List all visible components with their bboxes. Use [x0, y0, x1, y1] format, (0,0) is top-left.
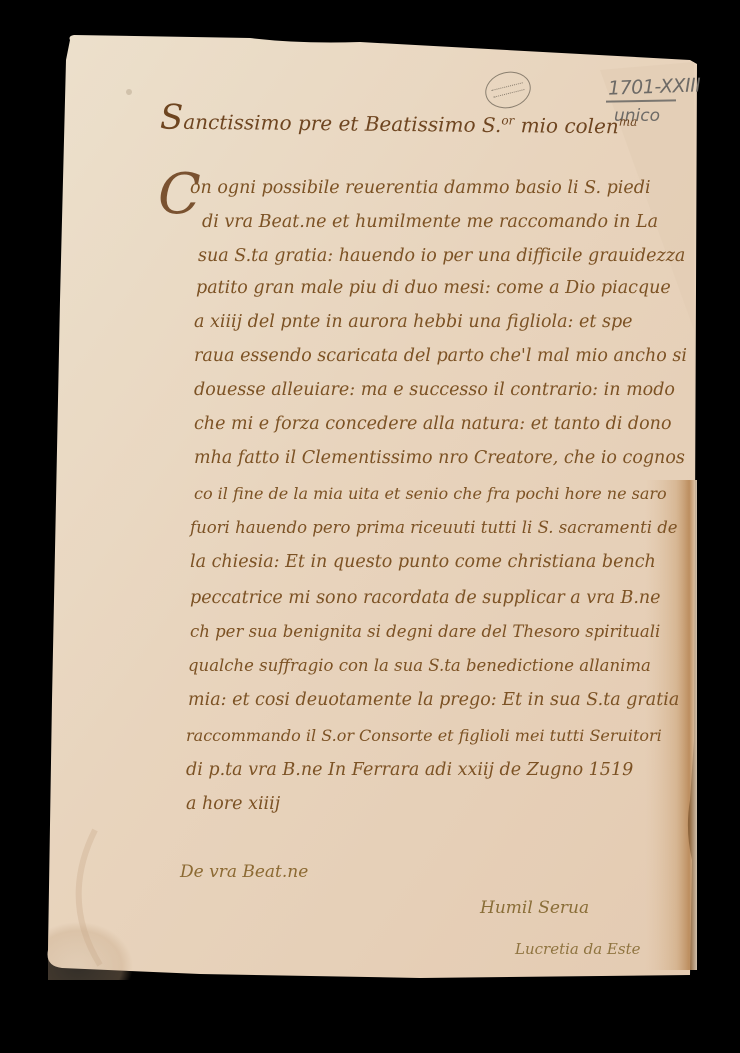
letter-line: di p.ta vra B.ne In Ferrara adi xxiij de… [186, 760, 633, 780]
letter-line: mha fatto il Clementissimo nro Creatore,… [194, 448, 685, 468]
letter-line: raua essendo scaricata del parto che'l m… [194, 346, 687, 366]
letter-line: fuori hauendo pero prima riceuuti tutti … [190, 518, 678, 537]
signature-title: Humil Serua [480, 898, 589, 918]
letter-line: patito gran male piu di duo mesi: come a… [196, 278, 671, 298]
letter-line: qualche suffragio con la sua S.ta benedi… [188, 656, 651, 675]
letter-line: mia: et cosi deuotamente la prego: Et in… [188, 690, 679, 710]
letter-line: sua S.ta gratia: hauendo io per una diff… [198, 246, 685, 266]
salutation-s-abbr: S. [482, 113, 502, 137]
salutation-mid: mio colen [514, 113, 619, 138]
letter-line: on ogni possibile reuerentia dammo basio… [190, 178, 651, 198]
salutation-initial: S [160, 98, 184, 138]
letter-line: che mi e forza concedere alla natura: et… [194, 414, 671, 434]
letter-line: a hore xiiij [186, 794, 280, 814]
salutation-end-sup: ma [619, 115, 638, 129]
letter-line: peccatrice mi sono racordata de supplica… [190, 588, 661, 608]
letter-line: di vra Beat.ne et humilmente me raccoman… [202, 212, 658, 232]
salutation: Sanctissimo pre et Beatissimo S.or mio c… [160, 98, 638, 143]
letter-line: a xiiij del pnte in aurora hebbi una fig… [194, 312, 633, 332]
salutation-s-sup: or [501, 113, 514, 127]
letter-line: ch per sua benignita si degni dare del T… [190, 622, 660, 641]
letter-line: raccommando il S.or Consorte et figlioli… [186, 726, 662, 745]
letter-line: douesse alleuiare: ma e successo il cont… [194, 380, 675, 400]
shelfmark-annotation: 1701-XXIII [608, 74, 701, 99]
letter-line: la chiesia: Et in questo punto come chri… [190, 552, 656, 572]
salutation-text: anctissimo pre et Beatissimo [183, 110, 482, 137]
letter-line: co il fine de la mia uita et senio che f… [194, 484, 667, 503]
manuscript-viewer: 1701-XXIII unico Sanctissimo pre et Beat… [0, 0, 740, 1053]
closing-formula: De vra Beat.ne [180, 862, 308, 882]
signature-name: Lucretia da Este [515, 940, 640, 958]
